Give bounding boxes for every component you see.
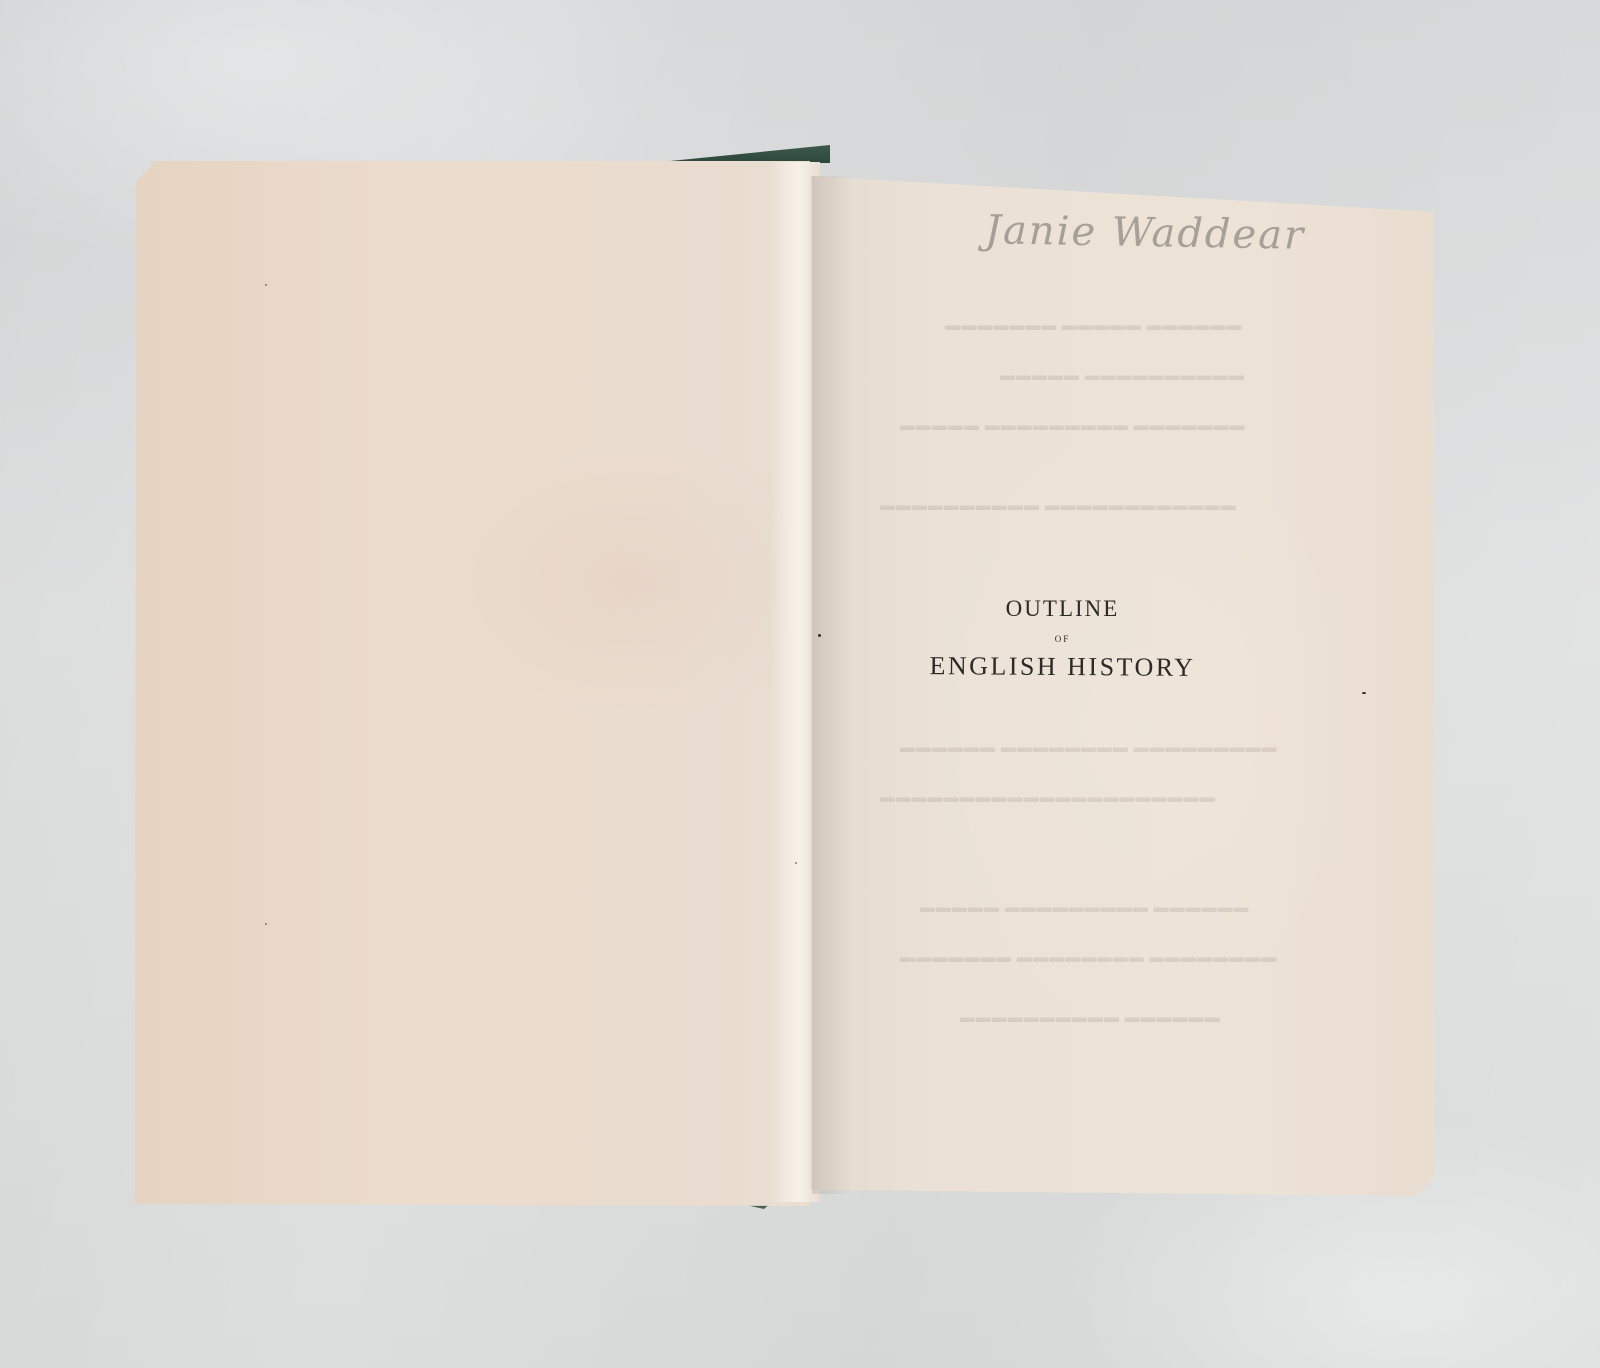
- gutter-shadow: [812, 176, 852, 1194]
- left-flyleaf-page: [135, 161, 810, 1206]
- bleed-through-text: ▬▬▬▬▬▬▬ ▬▬▬▬▬▬▬▬ ▬▬▬▬▬▬▬▬: [900, 950, 1278, 967]
- bleed-through-text: ▬▬▬▬▬▬▬▬▬▬ ▬▬▬▬▬▬: [960, 1010, 1221, 1027]
- bleed-through-text: ▬▬▬▬▬ ▬▬▬▬▬▬▬▬▬▬: [1000, 368, 1245, 385]
- pencil-inscription: Janie Waddear: [985, 207, 1306, 259]
- bleed-through-text: ▬▬▬▬▬ ▬▬▬▬▬▬▬▬▬ ▬▬▬▬▬▬▬: [900, 418, 1246, 435]
- paper-speck: [265, 923, 267, 925]
- bleed-through-text: ▬▬▬▬▬▬▬ ▬▬▬▬▬ ▬▬▬▬▬▬: [945, 318, 1243, 335]
- paper-speck: [1362, 692, 1366, 694]
- paper-speck: [795, 862, 797, 864]
- title-line-english-history: ENGLISH HISTORY: [880, 651, 1245, 684]
- bleed-through-text: ▬▬▬▬▬▬ ▬▬▬▬▬▬▬▬ ▬▬▬▬▬▬▬▬▬: [900, 740, 1278, 757]
- paper-speck: [265, 284, 267, 286]
- title-line-of: OF: [880, 634, 1245, 644]
- paper-speck: [818, 634, 821, 637]
- bleed-through-text: ▬▬▬▬▬▬▬▬▬▬▬▬▬▬▬▬▬▬▬▬▬: [880, 790, 1216, 807]
- title-block: OUTLINE OF ENGLISH HISTORY: [880, 596, 1245, 682]
- bleed-through-text: ▬▬▬▬▬ ▬▬▬▬▬▬▬▬▬ ▬▬▬▬▬▬: [920, 900, 1250, 917]
- title-line-outline: OUTLINE: [880, 596, 1245, 622]
- bleed-through-text: ▬▬▬▬▬▬▬▬▬▬ ▬▬▬▬▬▬▬▬▬▬▬▬: [880, 498, 1237, 515]
